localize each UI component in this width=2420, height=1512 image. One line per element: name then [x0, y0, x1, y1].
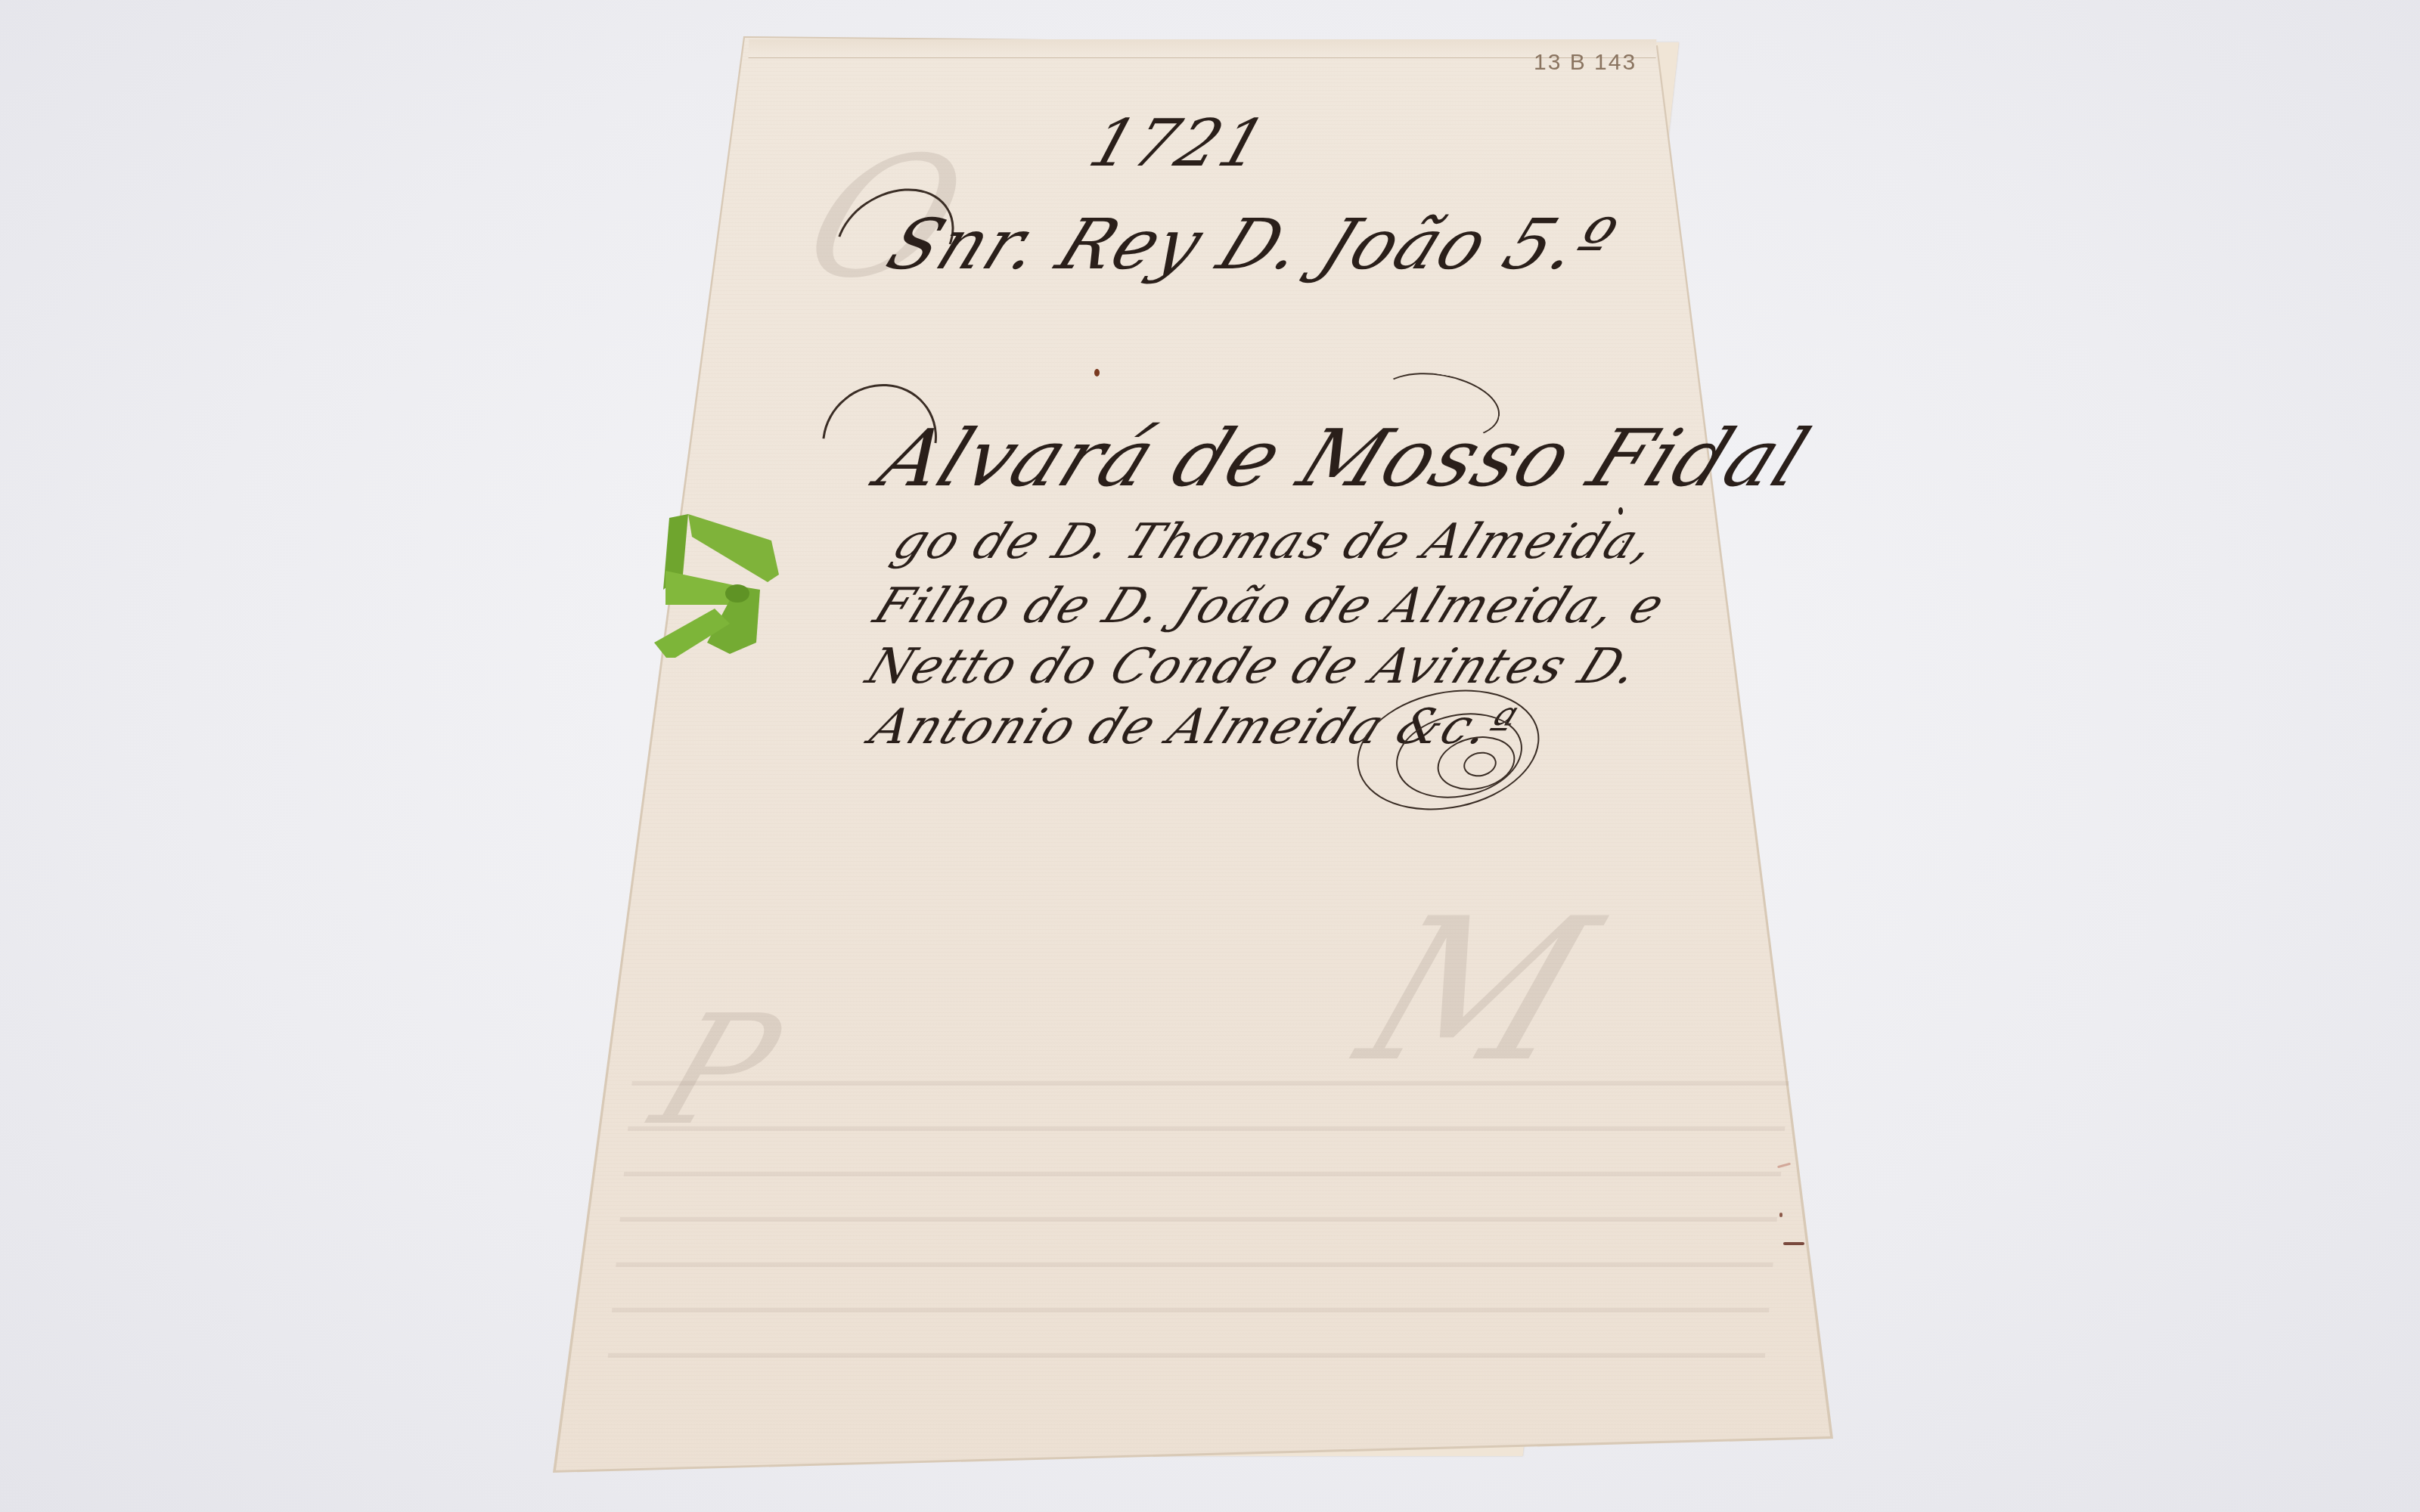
ink-dot — [1618, 507, 1623, 515]
body-line: go de D. Thomas de Almeida, — [885, 514, 1665, 570]
body-line: Filho de D. João de Almeida, e — [866, 578, 1674, 634]
body-line: Netto do Conde de Avintes D. — [858, 639, 1649, 695]
document-heading: Snr. Rey D. João 5.º — [876, 204, 1628, 285]
stitch-mark — [1783, 1242, 1804, 1245]
top-fold — [749, 39, 1657, 58]
stitch-mark — [1779, 1213, 1782, 1217]
faded-lower-text — [607, 1058, 1792, 1376]
archive-mark: 13 B 143 — [1534, 50, 1637, 76]
ink-dot — [1094, 369, 1100, 376]
document-year: 1721 — [1081, 106, 1277, 181]
ink-dot — [1622, 541, 1624, 543]
green-ribbon — [647, 491, 783, 658]
document-title: Alvará de Mosso Fidal — [866, 412, 1823, 504]
